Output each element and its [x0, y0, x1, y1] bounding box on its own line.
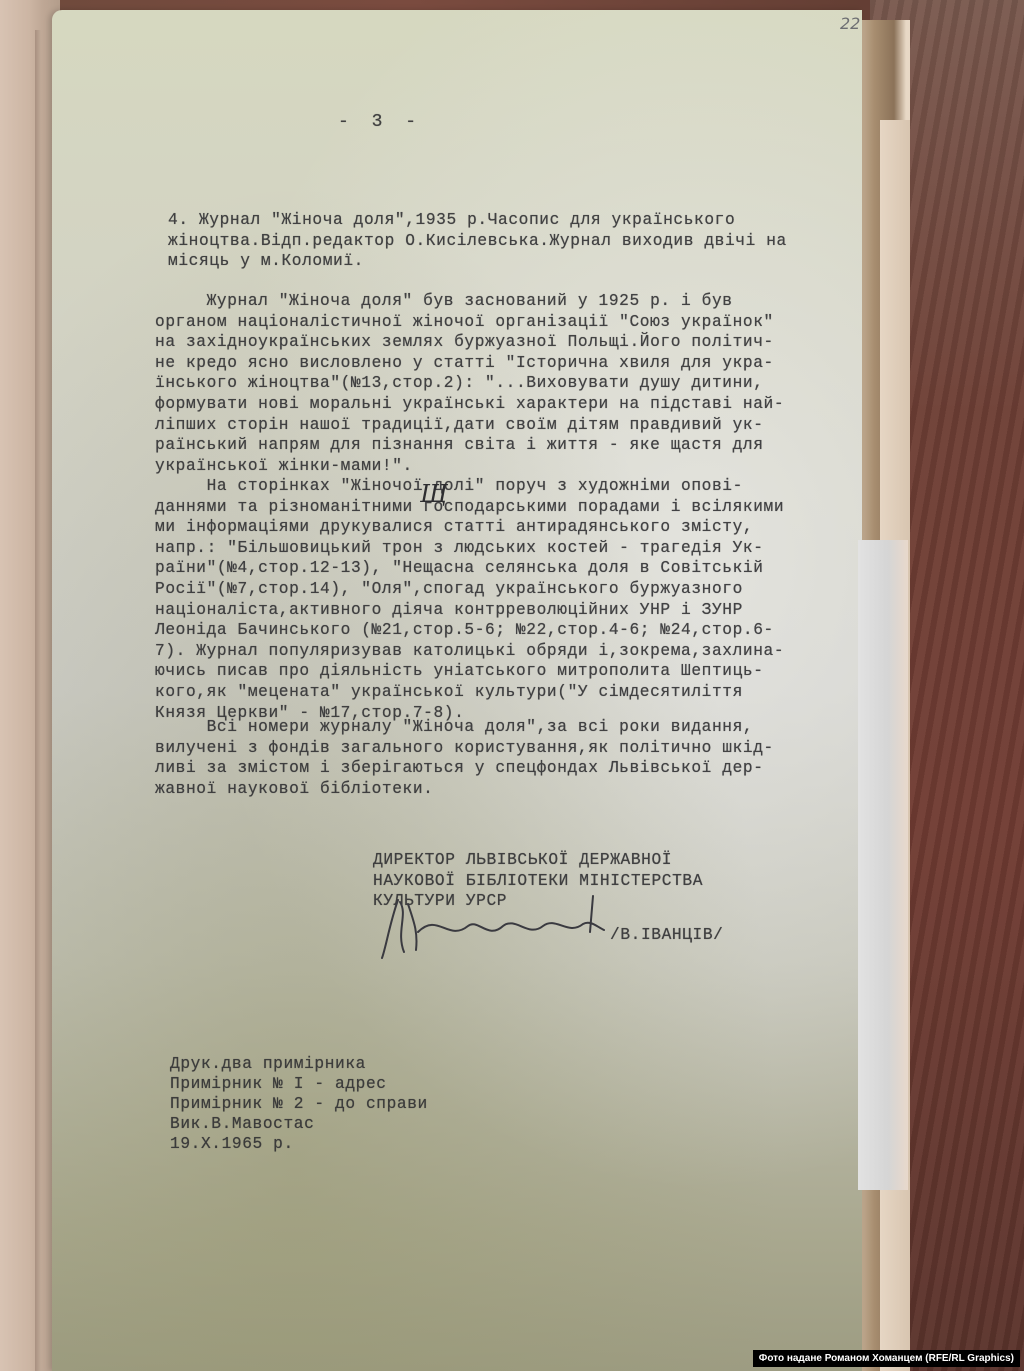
page-number: - 3 -	[338, 112, 422, 133]
folio-number: 22	[840, 14, 860, 33]
binder-spine-line	[35, 30, 41, 1371]
binder-cover-left	[0, 0, 60, 1371]
attached-paper-flap	[858, 540, 908, 1190]
paragraph-item-4: 4. Журнал "Жіноча доля",1935 р.Часопис д…	[168, 210, 787, 272]
paragraph-pages-content: На сторінках "Жіночої долі" поруч з худо…	[155, 476, 784, 723]
paragraph-conclusion: Всі номери журналу "Жіноча доля",за всі …	[155, 717, 774, 799]
handwritten-correction-mark: Щ	[420, 480, 447, 508]
signatory-name: /В.ІВАНЦІВ/	[610, 925, 723, 946]
handwritten-signature	[378, 892, 610, 964]
photo-credit: Фото надане Романом Хоманцем (RFE/RL Gra…	[753, 1350, 1020, 1367]
document-footer: Друк.два примірника Примірник № I - адре…	[170, 1054, 428, 1154]
paragraph-founding: Журнал "Жіноча доля" був заснований у 19…	[155, 291, 784, 476]
